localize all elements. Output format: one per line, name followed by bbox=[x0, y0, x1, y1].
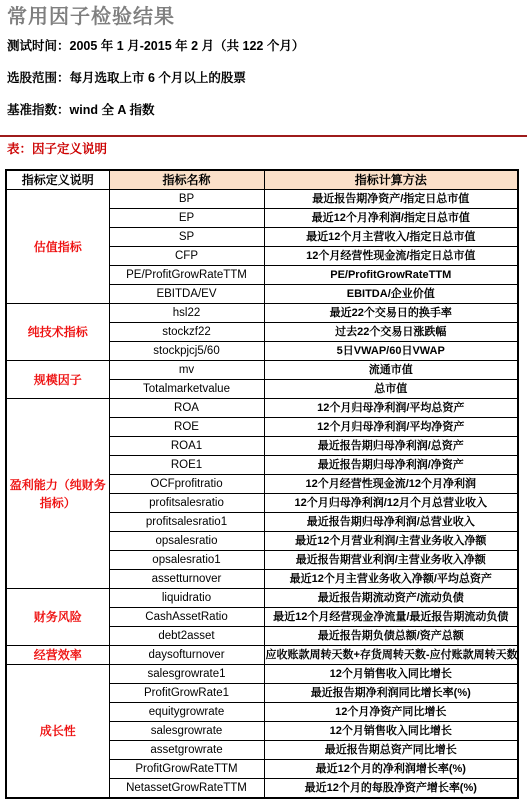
factor-name-cell: opsalesratio bbox=[109, 532, 264, 551]
meta-value-test-period: 2005 年 1 月-2015 年 2 月（共 122 个月） bbox=[70, 39, 305, 53]
calc-method-cell: 最近报告期负债总额/资产总额 bbox=[264, 627, 518, 646]
meta-label-stock-universe: 选股范围： bbox=[7, 71, 70, 85]
calc-method-cell: 最近12个月主营收入/指定日总市值 bbox=[264, 228, 518, 247]
factor-name-cell: OCFprofitratio bbox=[109, 475, 264, 494]
calc-method-cell: 最近12个月营业利润/主营业务收入净额 bbox=[264, 532, 518, 551]
calc-method-cell: 最近12个月主营业务收入净额/平均总资产 bbox=[264, 570, 518, 589]
factor-name-cell: NetassetGrowRateTTM bbox=[109, 779, 264, 799]
factor-name-cell: assetturnover bbox=[109, 570, 264, 589]
meta-value-stock-universe: 每月选取上市 6 个月以上的股票 bbox=[70, 71, 246, 85]
calc-method-cell: 应收账款周转天数+存货周转天数-应付账款周转天数 bbox=[264, 646, 518, 665]
calc-method-cell: 12个月经营性现金流/12个月净利润 bbox=[264, 475, 518, 494]
meta-label-test-period: 测试时间： bbox=[7, 39, 70, 53]
factor-name-cell: EBITDA/EV bbox=[109, 285, 264, 304]
meta-line-stock-universe: 选股范围：每月选取上市 6 个月以上的股票 bbox=[7, 72, 527, 85]
group-label: 纯技术指标 bbox=[6, 304, 109, 361]
group-label: 盈利能力（纯财务指标） bbox=[6, 399, 109, 589]
meta-line-test-period: 测试时间：2005 年 1 月-2015 年 2 月（共 122 个月） bbox=[7, 40, 527, 53]
table-row: 经营效率daysofturnover应收账款周转天数+存货周转天数-应付账款周转… bbox=[6, 646, 518, 665]
col-header-factor-name: 指标名称 bbox=[109, 170, 264, 190]
calc-method-cell: 最近12个月净利润/指定日总市值 bbox=[264, 209, 518, 228]
factor-name-cell: salesgrowrate bbox=[109, 722, 264, 741]
calc-method-cell: 12个月净资产同比增长 bbox=[264, 703, 518, 722]
group-label: 经营效率 bbox=[6, 646, 109, 665]
calc-method-cell: 最近22个交易日的换手率 bbox=[264, 304, 518, 323]
calc-method-cell: 最近12个月经营现金净流量/最近报告期流动负债 bbox=[264, 608, 518, 627]
calc-method-cell: EBITDA/企业价值 bbox=[264, 285, 518, 304]
table-caption: 表：因子定义说明 bbox=[7, 143, 527, 156]
meta-line-benchmark-index: 基准指数：wind 全 A 指数 bbox=[7, 104, 527, 117]
page-title: 常用因子检验结果 bbox=[7, 6, 527, 28]
calc-method-cell: 最近12个月的净利润增长率(%) bbox=[264, 760, 518, 779]
calc-method-cell: 最近报告期营业利润/主营业务收入净额 bbox=[264, 551, 518, 570]
group-label: 财务风险 bbox=[6, 589, 109, 646]
factor-name-cell: ProfitGrowRateTTM bbox=[109, 760, 264, 779]
calc-method-cell: 12个月归母净利润/12月个月总营业收入 bbox=[264, 494, 518, 513]
table-row: 财务风险liquidratio最近报告期流动资产/流动负债 bbox=[6, 589, 518, 608]
factor-name-cell: stockpjcj5/60 bbox=[109, 342, 264, 361]
factor-name-cell: BP bbox=[109, 190, 264, 209]
factor-name-cell: SP bbox=[109, 228, 264, 247]
table-row: 纯技术指标hsl22最近22个交易日的换手率 bbox=[6, 304, 518, 323]
meta-label-benchmark-index: 基准指数： bbox=[7, 103, 70, 117]
calc-method-cell: 12个月归母净利润/平均净资产 bbox=[264, 418, 518, 437]
group-label: 规模因子 bbox=[6, 361, 109, 399]
calc-method-cell: 最近报告期归母净利润/净资产 bbox=[264, 456, 518, 475]
calc-method-cell: 5日VWAP/60日VWAP bbox=[264, 342, 518, 361]
calc-method-cell: 最近报告期净资产/指定日总市值 bbox=[264, 190, 518, 209]
calc-method-cell: 12个月归母净利润/平均总资产 bbox=[264, 399, 518, 418]
meta-value-benchmark-index: wind 全 A 指数 bbox=[70, 103, 155, 117]
table-row: 规模因子mv流通市值 bbox=[6, 361, 518, 380]
table-row: 盈利能力（纯财务指标）ROA12个月归母净利润/平均总资产 bbox=[6, 399, 518, 418]
factor-name-cell: opsalesratio1 bbox=[109, 551, 264, 570]
section-divider-rule bbox=[0, 135, 527, 137]
factor-name-cell: assetgrowrate bbox=[109, 741, 264, 760]
factor-name-cell: equitygrowrate bbox=[109, 703, 264, 722]
factor-name-cell: Totalmarketvalue bbox=[109, 380, 264, 399]
factor-name-cell: mv bbox=[109, 361, 264, 380]
calc-method-cell: 12个月销售收入同比增长 bbox=[264, 665, 518, 684]
calc-method-cell: 12个月销售收入同比增长 bbox=[264, 722, 518, 741]
factor-name-cell: salesgrowrate1 bbox=[109, 665, 264, 684]
calc-method-cell: 最近报告期总资产同比增长 bbox=[264, 741, 518, 760]
table-row: 估值指标BP最近报告期净资产/指定日总市值 bbox=[6, 190, 518, 209]
factor-name-cell: ProfitGrowRate1 bbox=[109, 684, 264, 703]
calc-method-cell: PE/ProfitGrowRateTTM bbox=[264, 266, 518, 285]
table-header-row: 指标定义说明 指标名称 指标计算方法 bbox=[6, 170, 518, 190]
factor-name-cell: ROA bbox=[109, 399, 264, 418]
factor-name-cell: profitsalesratio bbox=[109, 494, 264, 513]
calc-method-cell: 总市值 bbox=[264, 380, 518, 399]
group-label: 估值指标 bbox=[6, 190, 109, 304]
col-header-calc-method: 指标计算方法 bbox=[264, 170, 518, 190]
factor-name-cell: liquidratio bbox=[109, 589, 264, 608]
report-page: 常用因子检验结果 测试时间：2005 年 1 月-2015 年 2 月（共 12… bbox=[0, 6, 527, 800]
factor-name-cell: ROE bbox=[109, 418, 264, 437]
calc-method-cell: 流通市值 bbox=[264, 361, 518, 380]
factor-name-cell: daysofturnover bbox=[109, 646, 264, 665]
col-header-definition: 指标定义说明 bbox=[6, 170, 109, 190]
factor-definition-table: 指标定义说明 指标名称 指标计算方法 估值指标BP最近报告期净资产/指定日总市值… bbox=[5, 169, 519, 799]
group-label: 成长性 bbox=[6, 665, 109, 799]
factor-name-cell: ROE1 bbox=[109, 456, 264, 475]
factor-name-cell: CFP bbox=[109, 247, 264, 266]
factor-name-cell: stockzf22 bbox=[109, 323, 264, 342]
calc-method-cell: 最近报告期归母净利润/总资产 bbox=[264, 437, 518, 456]
factor-name-cell: ROA1 bbox=[109, 437, 264, 456]
factor-name-cell: profitsalesratio1 bbox=[109, 513, 264, 532]
calc-method-cell: 12个月经营性现金流/指定日总市值 bbox=[264, 247, 518, 266]
calc-method-cell: 最近报告期流动资产/流动负债 bbox=[264, 589, 518, 608]
calc-method-cell: 过去22个交易日涨跌幅 bbox=[264, 323, 518, 342]
factor-name-cell: PE/ProfitGrowRateTTM bbox=[109, 266, 264, 285]
factor-name-cell: CashAssetRatio bbox=[109, 608, 264, 627]
table-row: 成长性salesgrowrate112个月销售收入同比增长 bbox=[6, 665, 518, 684]
calc-method-cell: 最近12个月的每股净资产增长率(%) bbox=[264, 779, 518, 799]
factor-name-cell: debt2asset bbox=[109, 627, 264, 646]
factor-name-cell: hsl22 bbox=[109, 304, 264, 323]
calc-method-cell: 最近报告期净利润同比增长率(%) bbox=[264, 684, 518, 703]
calc-method-cell: 最近报告期归母净利润/总营业收入 bbox=[264, 513, 518, 532]
factor-name-cell: EP bbox=[109, 209, 264, 228]
